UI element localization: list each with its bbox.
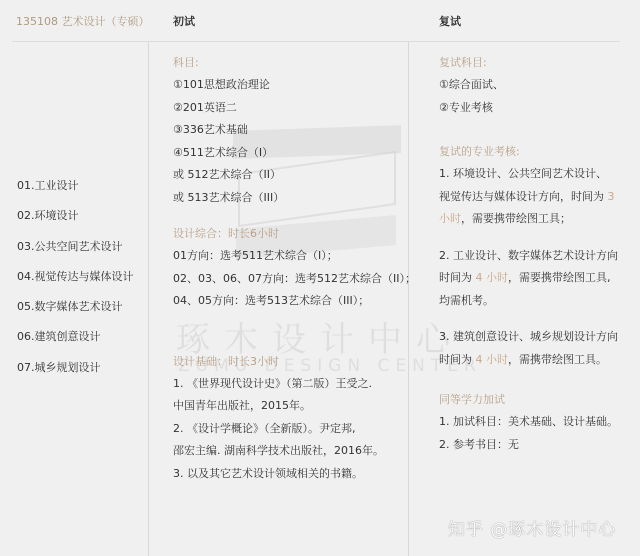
design-comp-item: 02、03、06、07方向：选考512艺术综合（II）； [173, 268, 416, 291]
design-basic-item: 1. 《世界现代设计史》（第二版）王受之. [173, 373, 416, 396]
direction-item: 07.城乡规划设计 [17, 353, 134, 383]
design-comp-item: 01方向：选考511艺术综合（I）； [173, 245, 416, 268]
retest-exam-line: 均需机考。 [439, 290, 618, 313]
direction-item: 02.环境设计 [17, 201, 134, 231]
direction-item: 06.建筑创意设计 [17, 322, 134, 352]
zhihu-watermark: 知乎 @琢木设计中心 [448, 515, 616, 540]
equiv-item: 2. 参考书目：无 [439, 434, 618, 457]
subject-item: ④511艺术综合（I） [173, 142, 416, 165]
design-comp-title: 设计综合：时长6小时 [173, 223, 416, 245]
retest-header: 复试 [439, 14, 461, 30]
direction-item: 04.视觉传达与媒体设计 [17, 262, 134, 292]
direction-item: 05.数字媒体艺术设计 [17, 292, 134, 322]
header-divider [12, 41, 620, 42]
exam-table: 135108 艺术设计（专硕） 初试 复试 琢木设计中心 ZUMU DESIGN… [0, 0, 640, 556]
subjects-title: 科目: [173, 52, 416, 74]
program-code-title: 135108 艺术设计（专硕） [16, 14, 150, 30]
equiv-title: 同等学力加试 [439, 389, 618, 411]
column-divider-1 [148, 42, 149, 556]
retest-exam-line: 2. 工业设计、数字媒体艺术设计方向 [439, 245, 618, 268]
design-basic-item: 中国青年出版社，2015年。 [173, 395, 416, 418]
retest-exam-line: 时间为 4 小时，需要携带绘图工具, [439, 267, 618, 290]
design-basic-item: 2. 《设计学概论》（全新版）。尹定邦, [173, 418, 416, 441]
equiv-item: 1. 加试科目：美术基础、设计基础。 [439, 411, 618, 434]
direction-item: 01.工业设计 [17, 171, 134, 201]
retest-exam-line: 3. 建筑创意设计、城乡规划设计方向 [439, 326, 618, 349]
initial-exam-header: 初试 [173, 14, 195, 30]
retest-exam-line: 1. 环境设计、公共空间艺术设计、 [439, 163, 618, 186]
retest-exam-title: 复试的专业考核: [439, 141, 618, 163]
subject-item: 或 513艺术综合（III） [173, 187, 416, 210]
subject-item: ②201英语二 [173, 97, 416, 120]
direction-item: 03.公共空间艺术设计 [17, 232, 134, 262]
design-basic-item: 邵宏主编. 湖南科学技术出版社，2016年。 [173, 440, 416, 463]
retest-column: 复试科目: ①综合面试、 ②专业考核 复试的专业考核: 1. 环境设计、公共空间… [439, 52, 618, 456]
design-basic-title: 设计基础：时长3小时 [173, 351, 416, 373]
subject-item: 或 512艺术综合（II） [173, 164, 416, 187]
design-basic-item: 3. 以及其它艺术设计领域相关的书籍。 [173, 463, 416, 486]
retest-subject-item: ②专业考核 [439, 97, 618, 120]
retest-exam-line: 时间为 4 小时，需携带绘图工具。 [439, 349, 618, 372]
retest-subjects-title: 复试科目: [439, 52, 618, 74]
design-comp-item: 04、05方向：选考513艺术综合（III）； [173, 290, 416, 313]
subject-item: ③336艺术基础 [173, 119, 416, 142]
retest-exam-line: 视觉传达与媒体设计方向，时间为 3 [439, 186, 618, 209]
initial-exam-column: 科目: ①101思想政治理论 ②201英语二 ③336艺术基础 ④511艺术综合… [173, 52, 416, 485]
retest-subject-item: ①综合面试、 [439, 74, 618, 97]
retest-exam-line: 小时，需要携带绘图工具； [439, 208, 618, 231]
subject-item: ①101思想政治理论 [173, 74, 416, 97]
direction-list: 01.工业设计 02.环境设计 03.公共空间艺术设计 04.视觉传达与媒体设计… [17, 171, 134, 383]
